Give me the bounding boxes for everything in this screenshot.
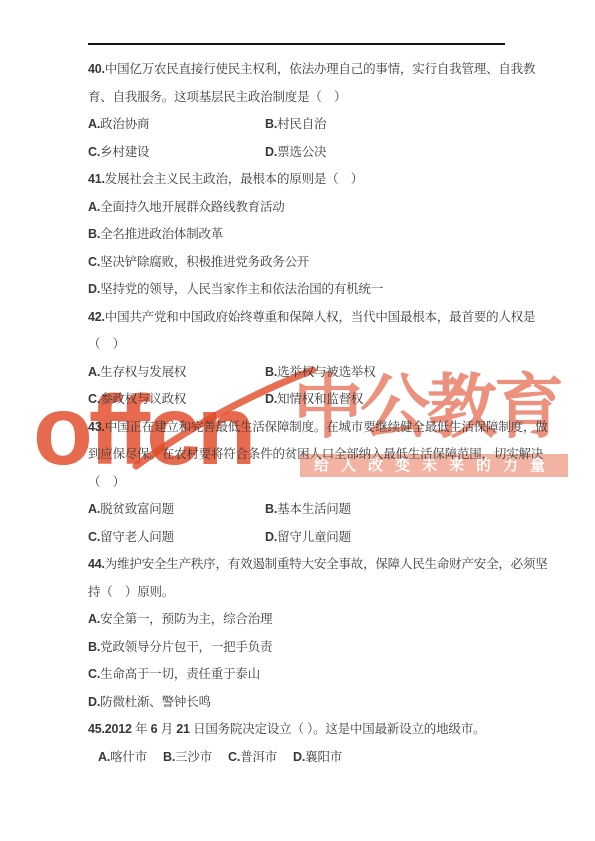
option-text: 选举权与被选举权 bbox=[277, 365, 375, 379]
option-row: A.全面持久地开展群众路线教育活动 bbox=[88, 194, 518, 222]
option-text: 坚持党的领导，人民当家作主和依法治国的有机统一 bbox=[100, 282, 383, 296]
stem-text: （ ） bbox=[88, 337, 125, 351]
question-number: 45. bbox=[88, 722, 105, 736]
stem-text: 中国共产党和中国政府始终尊重和保障人权，当代中国最根本，最首要的人权是 bbox=[105, 310, 536, 324]
option-letter: A. bbox=[88, 502, 100, 516]
option: B.选举权与被选举权 bbox=[265, 359, 518, 387]
option-text: 全名推进政治体制改革 bbox=[100, 227, 223, 241]
question-number: 2012 bbox=[105, 722, 132, 736]
option-text: 生存权与发展权 bbox=[100, 365, 186, 379]
option-letter: A. bbox=[88, 117, 100, 131]
option-letter: D. bbox=[265, 145, 277, 159]
option-letter: B. bbox=[163, 750, 175, 764]
option: D.票选公决 bbox=[265, 139, 518, 167]
question-stem-line: 45.2012 年 6 月 21 日国务院决定设立（ ）。这是中国最新设立的地级… bbox=[88, 716, 518, 744]
question-block: 42.中国共产党和中国政府始终尊重和保障人权，当代中国最根本，最首要的人权是（ … bbox=[88, 304, 518, 414]
option: C.坚决铲除腐败，积极推进党务政务公开 bbox=[88, 255, 309, 269]
question-block: 45.2012 年 6 月 21 日国务院决定设立（ ）。这是中国最新设立的地级… bbox=[88, 716, 518, 771]
option-row: C.参政权与议政权D.知情权和监督权 bbox=[88, 386, 518, 414]
option-text: 基本生活问题 bbox=[277, 502, 351, 516]
option: B.村民自治 bbox=[265, 111, 518, 139]
option-row: B.全名推进政治体制改革 bbox=[88, 221, 518, 249]
stem-text: 为维护安全生产秩序，有效遏制重特大安全事故，保障人民生命财产安全，必须坚 bbox=[105, 557, 548, 571]
stem-text: 年 bbox=[132, 722, 151, 736]
option: D.坚持党的领导，人民当家作主和依法治国的有机统一 bbox=[88, 282, 383, 296]
option-row: D.坚持党的领导，人民当家作主和依法治国的有机统一 bbox=[88, 276, 518, 304]
option-letter: D. bbox=[293, 750, 305, 764]
question-number: 43. bbox=[88, 420, 105, 434]
option-letter: B. bbox=[265, 117, 277, 131]
option-letter: D. bbox=[88, 695, 100, 709]
option: B.全名推进政治体制改革 bbox=[88, 227, 223, 241]
option-row: A.生存权与发展权B.选举权与被选举权 bbox=[88, 359, 518, 387]
option: C.普洱市 bbox=[228, 744, 277, 772]
option-text: 留守老人问题 bbox=[100, 530, 174, 544]
option-letter: A. bbox=[88, 612, 100, 626]
option-text: 坚决铲除腐败，积极推进党务政务公开 bbox=[100, 255, 309, 269]
option-letter: B. bbox=[265, 502, 277, 516]
option-text: 襄阳市 bbox=[305, 750, 342, 764]
option: D.知情权和监督权 bbox=[265, 386, 518, 414]
stem-text: 中国正在建立和完善最低生活保障制度。在城市要继续健全最低生活保障制度，做 bbox=[105, 420, 548, 434]
option-text: 普洱市 bbox=[240, 750, 277, 764]
stem-text: 育、自我服务。这项基层民主政治制度是（ ） bbox=[88, 90, 346, 104]
option: C.乡村建设 bbox=[88, 139, 265, 167]
option-letter: C. bbox=[88, 255, 100, 269]
option-row: D.防微杜渐、警钟长鸣 bbox=[88, 689, 518, 717]
option-letter: C. bbox=[88, 667, 100, 681]
question-block: 41.发展社会主义民主政治，最根本的原则是（ ）A.全面持久地开展群众路线教育活… bbox=[88, 166, 518, 304]
stem-text: （ ） bbox=[88, 475, 125, 489]
question-number: 21 bbox=[176, 722, 190, 736]
option-row: C.坚决铲除腐败，积极推进党务政务公开 bbox=[88, 249, 518, 277]
option-letter: A. bbox=[88, 365, 100, 379]
option-text: 安全第一，预防为主，综合治理 bbox=[100, 612, 272, 626]
option-text: 乡村建设 bbox=[100, 145, 149, 159]
option: B.党政领导分片包干，一把手负责 bbox=[88, 640, 272, 654]
option-text: 留守儿童问题 bbox=[277, 530, 351, 544]
question-number: 42. bbox=[88, 310, 105, 324]
option-row: C.生命高于一切，责任重于泰山 bbox=[88, 661, 518, 689]
option-text: 票选公决 bbox=[277, 145, 326, 159]
exam-page: offcn 中公教育 给人改变未来的力量 40.中国亿万农民直接行使民主权利，依… bbox=[0, 0, 595, 841]
option-letter: A. bbox=[88, 200, 100, 214]
stem-text: 日国务院决定设立（ ）。这是中国最新设立的地级市。 bbox=[190, 722, 486, 736]
option-text: 党政领导分片包干，一把手负责 bbox=[100, 640, 272, 654]
option-row: B.党政领导分片包干，一把手负责 bbox=[88, 634, 518, 662]
stem-text: 持（ ）原则。 bbox=[88, 585, 174, 599]
option-letter: C. bbox=[228, 750, 240, 764]
option-letter: B. bbox=[88, 227, 100, 241]
question-stem-line: 持（ ）原则。 bbox=[88, 579, 518, 607]
option-text: 喀什市 bbox=[110, 750, 147, 764]
option-row: A.政治协商B.村民自治 bbox=[88, 111, 518, 139]
question-stem-line: 42.中国共产党和中国政府始终尊重和保障人权，当代中国最根本，最首要的人权是 bbox=[88, 304, 518, 332]
option: C.生命高于一切，责任重于泰山 bbox=[88, 667, 260, 681]
option: C.留守老人问题 bbox=[88, 524, 265, 552]
option-text: 三沙市 bbox=[175, 750, 212, 764]
option: B.三沙市 bbox=[163, 744, 212, 772]
option-letter: B. bbox=[265, 365, 277, 379]
option: A.政治协商 bbox=[88, 111, 265, 139]
option-text: 知情权和监督权 bbox=[277, 392, 363, 406]
option-text: 村民自治 bbox=[277, 117, 326, 131]
option-row: A.喀什市B.三沙市C.普洱市D.襄阳市 bbox=[88, 744, 518, 772]
question-number: 44. bbox=[88, 557, 105, 571]
option-text: 防微杜渐、警钟长鸣 bbox=[100, 695, 211, 709]
question-stem-line: （ ） bbox=[88, 331, 518, 359]
option: A.生存权与发展权 bbox=[88, 359, 265, 387]
question-number: 40. bbox=[88, 62, 105, 76]
question-stem-line: （ ） bbox=[88, 469, 518, 497]
option-row: A.脱贫致富问题B.基本生活问题 bbox=[88, 496, 518, 524]
question-block: 44.为维护安全生产秩序，有效遏制重特大安全事故，保障人民生命财产安全，必须坚持… bbox=[88, 551, 518, 716]
option-text: 政治协商 bbox=[100, 117, 149, 131]
option-row: C.乡村建设D.票选公决 bbox=[88, 139, 518, 167]
stem-text: 发展社会主义民主政治，最根本的原则是（ ） bbox=[105, 172, 363, 186]
option-row: A.安全第一，预防为主，综合治理 bbox=[88, 606, 518, 634]
option-letter: D. bbox=[265, 392, 277, 406]
question-stem-line: 41.发展社会主义民主政治，最根本的原则是（ ） bbox=[88, 166, 518, 194]
questions: 40.中国亿万农民直接行使民主权利，依法办理自己的事情，实行自我管理、自我教育、… bbox=[88, 56, 518, 771]
option-text: 脱贫致富问题 bbox=[100, 502, 174, 516]
option-text: 全面持久地开展群众路线教育活动 bbox=[100, 200, 285, 214]
option-letter: C. bbox=[88, 392, 100, 406]
question-block: 40.中国亿万农民直接行使民主权利，依法办理自己的事情，实行自我管理、自我教育、… bbox=[88, 56, 518, 166]
header-rule bbox=[88, 43, 505, 45]
option: C.参政权与议政权 bbox=[88, 386, 265, 414]
option-text: 生命高于一切，责任重于泰山 bbox=[100, 667, 260, 681]
stem-text: 中国亿万农民直接行使民主权利，依法办理自己的事情，实行自我管理、自我教 bbox=[105, 62, 536, 76]
option: D.留守儿童问题 bbox=[265, 524, 518, 552]
option-text: 参政权与议政权 bbox=[100, 392, 186, 406]
question-number: 41. bbox=[88, 172, 105, 186]
question-stem-line: 43.中国正在建立和完善最低生活保障制度。在城市要继续健全最低生活保障制度，做 bbox=[88, 414, 518, 442]
question-stem-line: 育、自我服务。这项基层民主政治制度是（ ） bbox=[88, 84, 518, 112]
option: A.喀什市 bbox=[98, 744, 147, 772]
option: A.脱贫致富问题 bbox=[88, 496, 265, 524]
option: D.襄阳市 bbox=[293, 744, 342, 772]
option-letter: D. bbox=[88, 282, 100, 296]
stem-text: 到应保尽保。在农村要将符合条件的贫困人口全部纳入最低生活保障范围，切实解决 bbox=[88, 447, 543, 461]
option: A.安全第一，预防为主，综合治理 bbox=[88, 612, 272, 626]
option-letter: A. bbox=[98, 750, 110, 764]
stem-text: 月 bbox=[157, 722, 176, 736]
question-stem-line: 40.中国亿万农民直接行使民主权利，依法办理自己的事情，实行自我管理、自我教 bbox=[88, 56, 518, 84]
question-stem-line: 44.为维护安全生产秩序，有效遏制重特大安全事故，保障人民生命财产安全，必须坚 bbox=[88, 551, 518, 579]
option: A.全面持久地开展群众路线教育活动 bbox=[88, 200, 285, 214]
question-block: 43.中国正在建立和完善最低生活保障制度。在城市要继续健全最低生活保障制度，做到… bbox=[88, 414, 518, 552]
question-stem-line: 到应保尽保。在农村要将符合条件的贫困人口全部纳入最低生活保障范围，切实解决 bbox=[88, 441, 518, 469]
option-letter: B. bbox=[88, 640, 100, 654]
option-letter: D. bbox=[265, 530, 277, 544]
option: B.基本生活问题 bbox=[265, 496, 518, 524]
option: D.防微杜渐、警钟长鸣 bbox=[88, 695, 211, 709]
option-letter: C. bbox=[88, 530, 100, 544]
option-letter: C. bbox=[88, 145, 100, 159]
option-row: C.留守老人问题D.留守儿童问题 bbox=[88, 524, 518, 552]
